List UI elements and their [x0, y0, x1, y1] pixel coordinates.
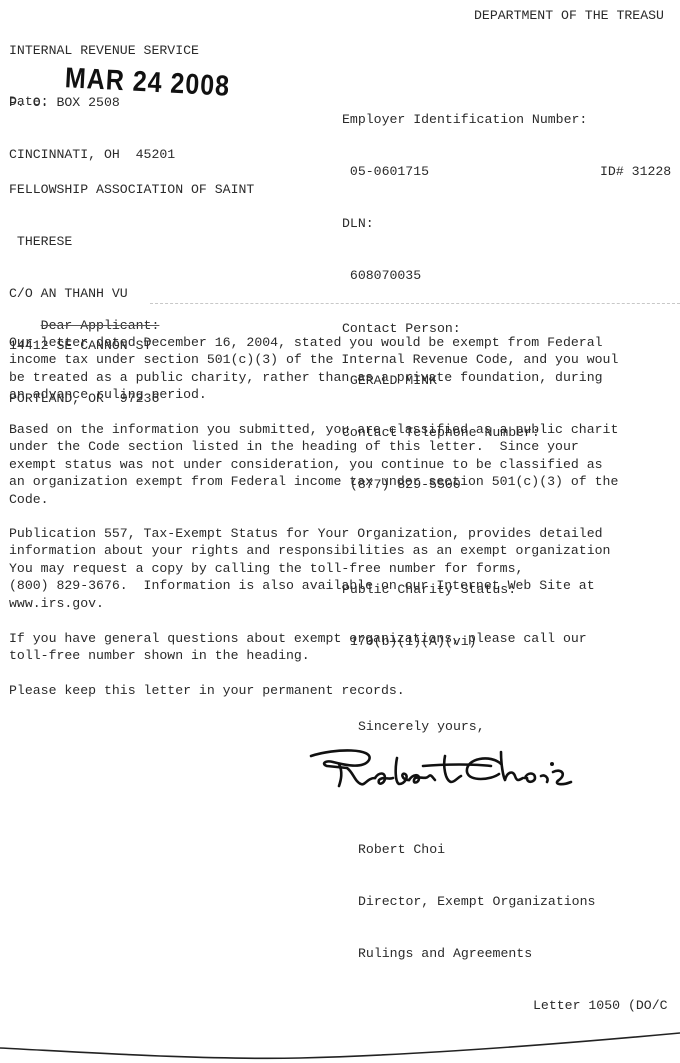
irs-letter-page: INTERNAL REVENUE SERVICE P. O. BOX 2508 …: [0, 0, 680, 1063]
page-edge-line: [0, 0, 680, 1063]
